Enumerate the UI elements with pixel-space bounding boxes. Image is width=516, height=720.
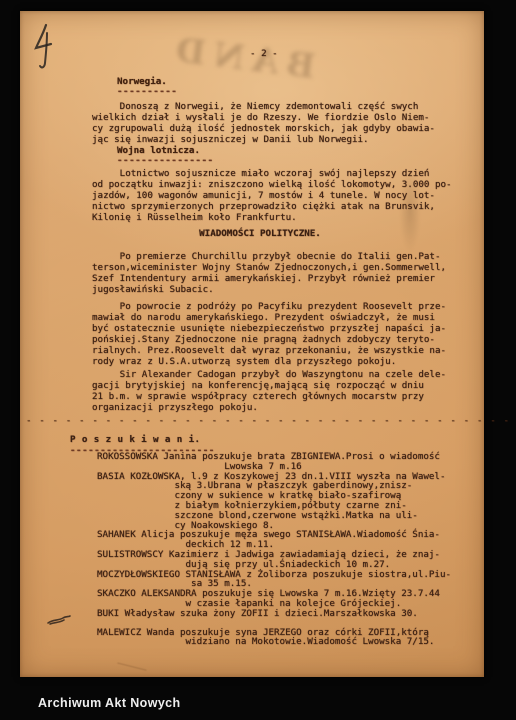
archive-label: Archiwum Akt Nowych [38, 696, 181, 710]
missing-persons-list: ROKOSSOWSKA Janina poszukuje brata ZBIGN… [97, 452, 489, 647]
section-heading-wiadomosci-polityczne: WIADOMOŚCI POLITYCZNE. [28, 228, 492, 239]
archive-bar: Archiwum Akt Nowych [0, 677, 516, 720]
section-heading-poszukiwani: P o s z u k i w a n i. [70, 434, 201, 445]
heading-underline-wojna-lotnicza: ---------------- [117, 155, 214, 166]
missing-person-entry: ROKOSSOWSKA Janina poszukuje brata ZBIGN… [97, 452, 489, 472]
photo-background: BAND - 2 - Norwegia. ---------- Donoszą … [0, 0, 516, 720]
missing-person-entry: SAHANEK Alicja poszukuje męża swego STAN… [97, 530, 489, 550]
missing-person-entry: MOCZYDŁOWSKIEGO STANISŁAWA z Żoliborza p… [97, 570, 489, 590]
page-number: - 2 - [250, 48, 278, 59]
ink-smudge [46, 614, 72, 626]
paragraph-politics-1: Po premierze Churchillu przybył obecnie … [92, 251, 446, 295]
paragraph-politics-3: Sir Alexander Cadogan przybył do Waszyng… [92, 369, 446, 413]
paragraph-politics-2: Po powrocie z podróży po Pacyfiku prezyd… [92, 301, 446, 367]
heading-underline-norwegia: ---------- [117, 86, 177, 97]
paragraph-wojna-lotnicza: Lotnictwo sojusznicze miało wczoraj swój… [92, 168, 452, 223]
missing-person-entry: SKACZKO ALEKSANDRA poszukuje się Lwowska… [97, 589, 489, 609]
missing-person-entry: MALEWICZ Wanda poszukuje syna JERZEGO or… [97, 628, 489, 648]
missing-person-entry: BASIA KOZŁOWSKA, l.9 z Koszykowej 23 dn.… [97, 472, 489, 531]
dashed-separator: - - - - - - - - - - - - - - - - - - - - … [26, 415, 516, 426]
handwritten-page-number [30, 21, 64, 73]
missing-person-entry: SULISTROWSCY Kazimierz i Jadwiga zawiada… [97, 550, 489, 570]
paragraph-norwegia: Donoszą z Norwegii, że Niemcy zdemontowa… [92, 101, 435, 145]
missing-person-entry: BUKI Władysław szuka żony ZOFII i dzieci… [97, 609, 489, 619]
document-paper: BAND - 2 - Norwegia. ---------- Donoszą … [20, 11, 484, 677]
